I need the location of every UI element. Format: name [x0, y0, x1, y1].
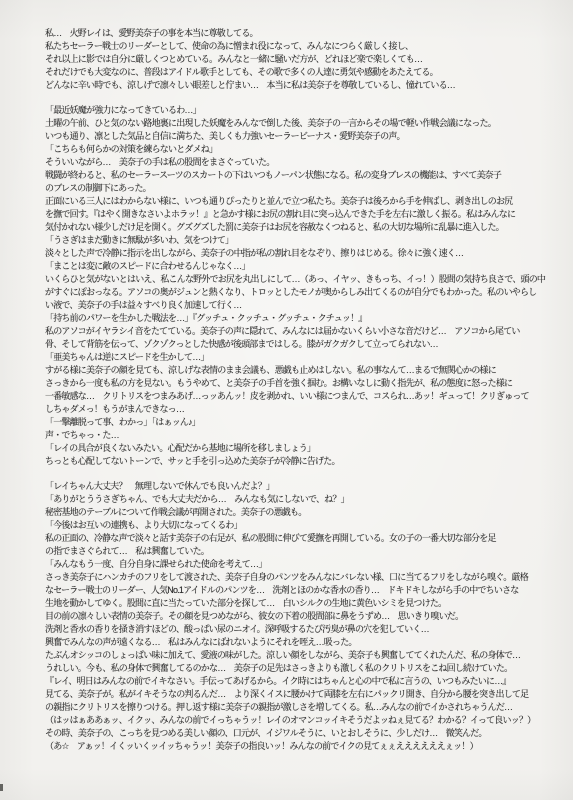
- text-line: 私の正面の、冷静な声で淡々と話す美奈子の右足が、私の股間に伸びて愛撫を再開してい…: [45, 532, 553, 545]
- text-line: 「最近妖魔が強力になってきているわ…」: [45, 104, 553, 117]
- scanned-page: 私… 火野レイは、愛野美奈子の事を本当に尊敬してる。私たちセーラー戦士のリーダー…: [0, 0, 573, 800]
- text-line: そういいながら… 美奈子の手は私の股間をまさぐっていた。: [45, 156, 553, 169]
- text-line: さっき美奈子にハンカチのフリをして渡された、美奈子自身のパンツをみんなにバレない…: [45, 571, 553, 584]
- text-line: ちっとも心配してないトーンで、サッと手を引っ込めた美奈子が冷静に告げた。: [45, 455, 553, 468]
- text-line: 「うさぎはまだ動きに無駄が多いわ、気をつけて」: [45, 234, 553, 247]
- text-line: いくらひと気がないとはいえ、私こんな野外でお尻を丸出しにして…（あっ、イヤッ、き…: [45, 273, 553, 286]
- text-line: 正面にいる三人にはわからない様に、いつも通りぴったりと並んで立つ私たち。美奈子は…: [45, 195, 553, 208]
- text-line: その時、美奈子の、こっちを見つめる美しい顔の、口元が、イジワルそうに、いとおしそ…: [45, 727, 553, 740]
- text-line: 「レイちゃん大丈夫？ 無理しないで休んでも良いんだよ？」: [45, 480, 553, 493]
- text-line: すがる様に美奈子の顔を見ても、涼しげな表情のまま会議も、悪戯も止めはしない。私の…: [45, 364, 553, 377]
- blank-line: [45, 468, 553, 480]
- text-line: 戦闘が終わると、私のセーラースーツのスカートの下はいつもノーパン状態になる。私の…: [45, 169, 553, 182]
- text-line: 私のアソコがイヤラシイ音をたてている。美奈子の声に隠れて、みんなには届かないくら…: [45, 325, 553, 338]
- text-line: 一番敏感な… クリトリスをつまみあげ…っッあんッ！皮を剥かれ、いい様につまんで、…: [45, 390, 553, 403]
- text-line: 土曜の午前、ひと気のない路地裏に出現した妖魔をみんなで倒した後、美奈子の一言から…: [45, 117, 553, 130]
- text-line: いつも通り、凛とした気品と自信に満ちた、美しくも力強いセーラービーナス・愛野美奈…: [45, 130, 553, 143]
- text-line: 「ありがとううさぎちゃん、でも大丈夫だから… みんなも気にしないで、ね？」: [45, 493, 553, 506]
- text-line: 「まことは変に敵のスピードに合わせるんじゃなく…」: [45, 260, 553, 273]
- text-line: 興奮でみんなの声が遠くなる… 私はみんなにばれないようにそれを咥え…吸った。: [45, 636, 553, 649]
- text-line: 秘密基地のテーブルについて作戦会議が再開された。美奈子の悪戯も。: [45, 506, 553, 519]
- text-line: い液で、美奈子の手は益々すべり良く加速して行く…: [45, 299, 553, 312]
- text-line: のブレスの制御下にあった。: [45, 182, 553, 195]
- text-line: 「持ち前のパワーを生かした戦法を…」『グッチュ・クッチュ・グッチュ・クチュッ！』: [45, 312, 553, 325]
- text-line: 私たちセーラー戦士のリーダーとして、使命の為に憎まれ役になって、みんなにつらく厳…: [45, 40, 553, 53]
- text-line: （あ☆ アぁッ！イくッいくッイッちゃうッ！美奈子の指良いッ！みんなの前でイクの見…: [45, 740, 553, 753]
- text-line: 「こちらも何らかの対策を練らないとダメね」: [45, 143, 553, 156]
- text-line: がすぐにぽおっなる。アソコの奥がジュンと熱くなり、トロッとしたモノが奥からしみ出…: [45, 286, 553, 299]
- text-line: 『レイ、明日はみんなの前でイキなさい。手伝ってあげるから。イク時にはちゃんと心の…: [45, 675, 553, 688]
- text-line: それ以上に影では自分に厳しくつとめている。みんなと一緒に騒いだ方が、どれほど楽で…: [45, 53, 553, 66]
- page-number-fragment: [0, 784, 3, 791]
- text-line: 「レイの具合が良くないみたい。心配だから基地に場所を移しましょう」: [45, 442, 553, 455]
- text-line: しちゃダメっ！もうがまんできなっ…: [45, 403, 553, 416]
- text-line: を撫で回す。『はやく開きなさいよホラッ！』と急かす様にお尻の割れ目に突っ込んでき…: [45, 208, 553, 221]
- text-line: 生地を動かしてゆく。股間に直に当たっていた部分を探して… 白いシルクの生地に黄色…: [45, 597, 553, 610]
- text-line: 私… 火野レイは、愛野美奈子の事を本当に尊敬してる。: [45, 27, 553, 40]
- blank-line: [45, 92, 553, 104]
- text-line: 洗剤と香水の香りを掻き消すほどの、酸っぱい尿のニオイ。深呼吸するたび汚臭が鼻の穴…: [45, 623, 553, 636]
- text-line: 見てる、美奈子が。私がイキそうなの判るんだ… より深くイスに腰かけて両膝を左右に…: [45, 688, 553, 701]
- text-line: さっきから一度も私の方を見ない。もうやめて、と美奈子の手首を強く掴む。お構いなし…: [45, 377, 553, 390]
- text-line: の親指にクリトリスを擦りつける。押し返す様に美奈子の親指が激しさを増してくる。私…: [45, 701, 553, 714]
- text-line: うれしい。今も、私の身体で興奮してるのかな… 美奈子の足先はさっきよりも激しく私…: [45, 662, 553, 675]
- text-line: 淡々とした声で冷静に指示を出しながら、美奈子の中指が私の割れ目をなぞり、擦りはじ…: [45, 247, 553, 260]
- text-line: たぶんオシッコのしょっぱい味に加えて、愛液の味がした。涼しい顔をしながら、美奈子…: [45, 649, 553, 662]
- text-block: 私… 火野レイは、愛野美奈子の事を本当に尊敬してる。私たちセーラー戦士のリーダー…: [45, 27, 553, 753]
- text-line: 目の前の凛々しい表情の美奈子。その顔を見つめながら、彼女の下着の股間部に鼻をうず…: [45, 610, 553, 623]
- text-line: 気付かれない様少しだけ足を開く。グズグズした罰に美奈子はお尻を容赦なくつねると、…: [45, 221, 553, 234]
- text-line: 声・でちゃっ・た…: [45, 429, 553, 442]
- text-line: どんなに辛い時でも、涼しげで凛々しい眼差しと佇まい… 本当に私は美奈子を尊敬して…: [45, 79, 553, 92]
- text-line: （はッはぁああぁッ、イクッ、みんなの前でイっちゃうッ！レイのオマンコッイキそうだ…: [45, 714, 553, 727]
- text-line: 「今後はお互いの連携も、より大切になってくるわ」: [45, 519, 553, 532]
- text-line: それだけでも大変なのに、普段はアイドル歌手としても、その歌で多くの人達に勇気や感…: [45, 66, 553, 79]
- text-line: 「みんなもう一度、自分自身に課せられた使命を考えて…」: [45, 558, 553, 571]
- text-line: の指でまさぐられて… 私は興奮していた。: [45, 545, 553, 558]
- text-line: 骨、そして背筋を伝って、ゾクゾクっとした快感が後頭部まではしる。膝がガクガクして…: [45, 338, 553, 351]
- text-line: 「亜美ちゃんは逆にスピードを生かして…」: [45, 351, 553, 364]
- text-line: 「一撃離脱って事、わかっ」「はぁッん♪」: [45, 416, 553, 429]
- text-line: なセーラー戦士のリーダー、人気No.1アイドルのパンツを… 洗剤とほのかな香水の…: [45, 584, 553, 597]
